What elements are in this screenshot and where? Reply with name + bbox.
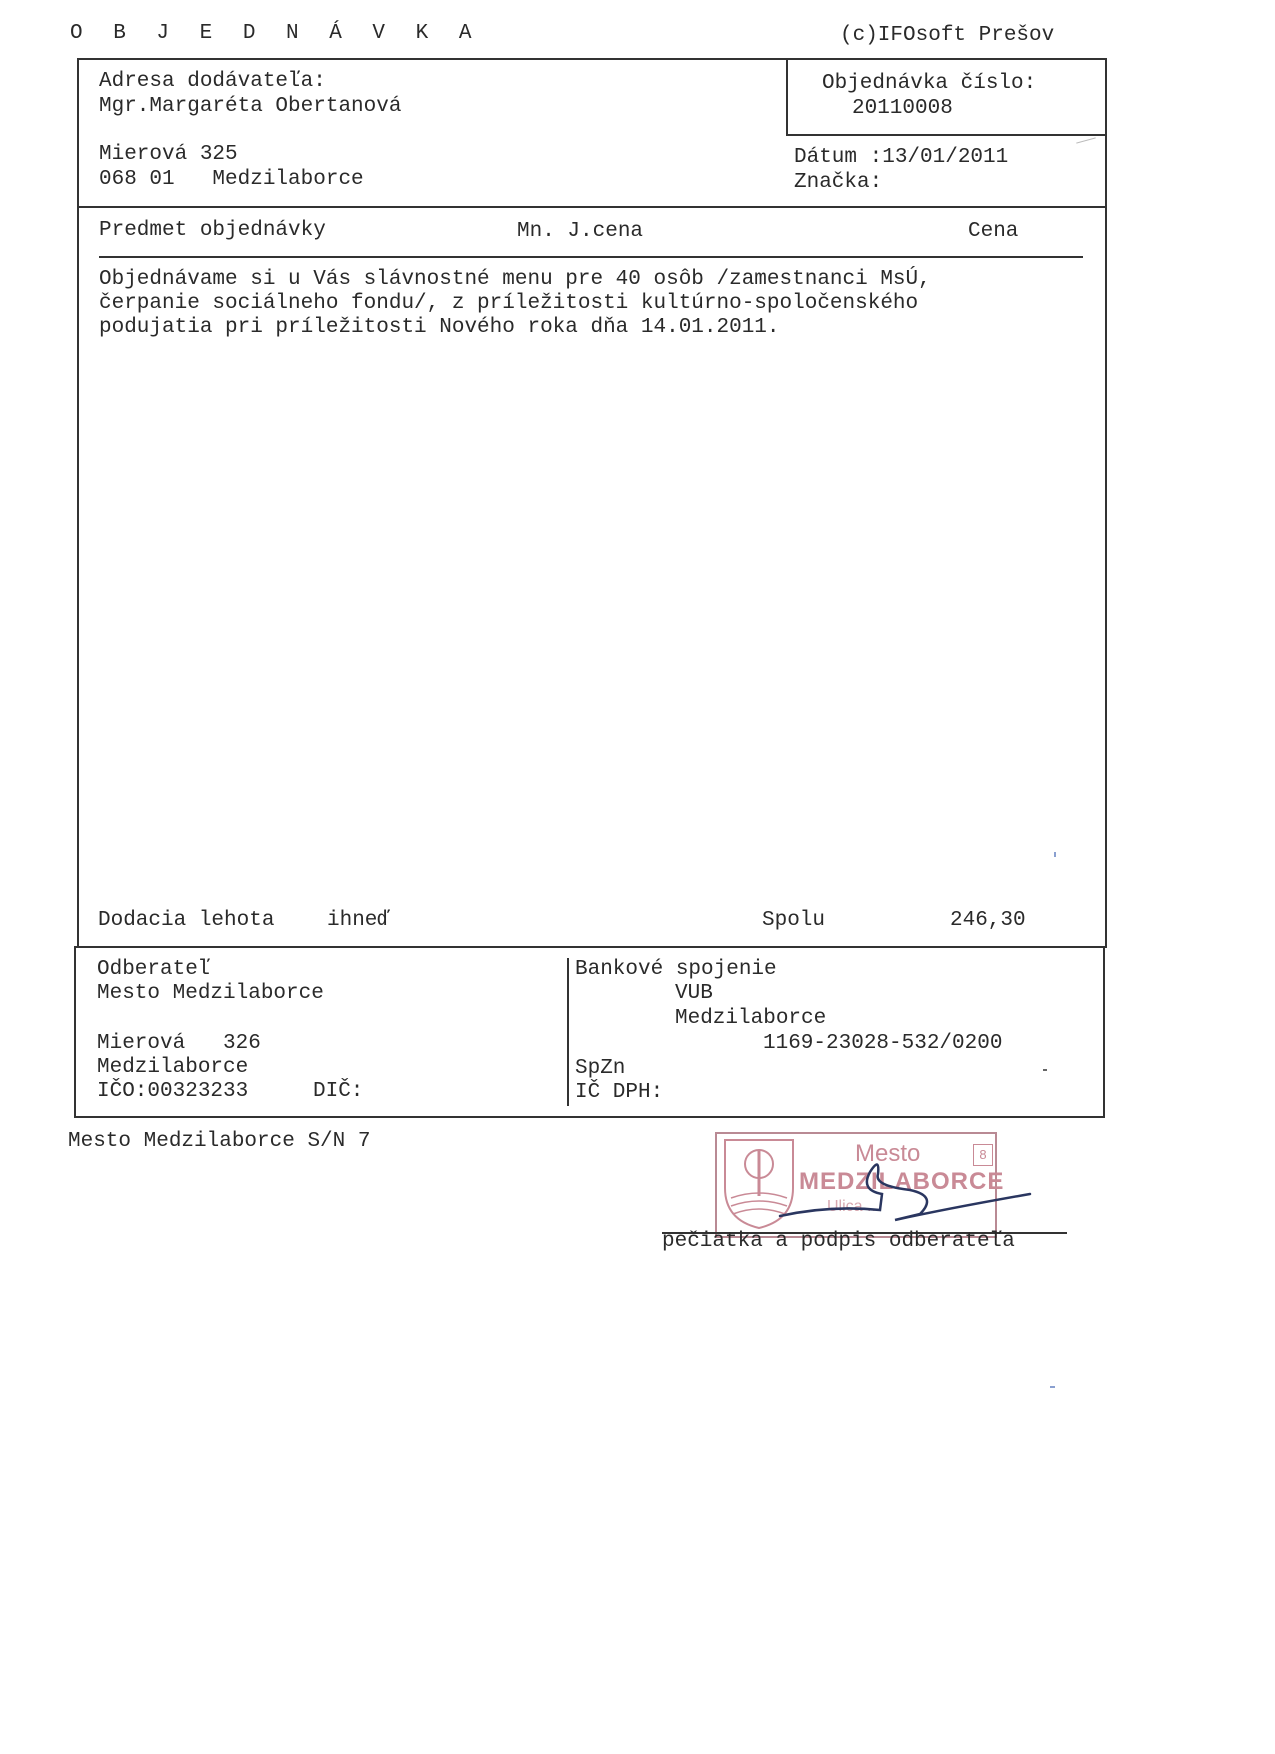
- supplier-postal-city: 068 01 Medzilaborce: [99, 168, 364, 192]
- item-description-line-3: podujatia pri príležitosti Nového roka d…: [99, 316, 780, 340]
- order-number-divider: [786, 58, 788, 136]
- spzn-label: SpZn: [575, 1057, 625, 1081]
- customer-ico: IČO:00323233: [97, 1080, 248, 1104]
- customer-bank-divider: [567, 958, 569, 1106]
- total-label: Spolu: [762, 909, 825, 933]
- document-title: O B J E D N Á V K A: [70, 22, 480, 46]
- column-header-qty-unit-price: Mn. J.cena: [517, 220, 643, 244]
- scan-artifact: [1043, 1069, 1047, 1071]
- delivery-term-value: ihneď: [327, 909, 390, 933]
- signature-scribble-icon: [770, 1150, 1090, 1240]
- order-number-box-bottom: [786, 134, 1106, 136]
- customer-name: Mesto Medzilaborce: [97, 982, 324, 1006]
- bank-name: VUB: [675, 982, 713, 1006]
- bank-account: 1169-23028-532/0200: [763, 1032, 1002, 1056]
- signature-label: pečiatka a podpis odberateľa: [662, 1230, 1015, 1254]
- order-number: 20110008: [852, 97, 953, 121]
- bank-branch: Medzilaborce: [675, 1007, 826, 1031]
- delivery-term-label: Dodacia lehota: [98, 909, 274, 933]
- order-number-label: Objednávka číslo:: [822, 72, 1036, 96]
- customer-dic: DIČ:: [313, 1080, 363, 1104]
- supplier-label: Adresa dodávateľa:: [99, 70, 326, 94]
- order-date: Dátum :13/01/2011: [794, 146, 1008, 170]
- software-copyright: (c)IFOsoft Prešov: [840, 24, 1054, 48]
- customer-street: Mierová 326: [97, 1032, 261, 1056]
- item-description-line-1: Objednávame si u Vás slávnostné menu pre…: [99, 268, 931, 292]
- bank-label: Bankové spojenie: [575, 958, 777, 982]
- supplier-name: Mgr.Margaréta Obertanová: [99, 95, 401, 119]
- customer-city: Medzilaborce: [97, 1056, 248, 1080]
- column-header-underline: [99, 256, 1083, 258]
- order-mark-label: Značka:: [794, 171, 882, 195]
- ic-dph-label: IČ DPH:: [575, 1081, 663, 1105]
- supplier-street: Mierová 325: [99, 143, 238, 167]
- column-header-subject: Predmet objednávky: [99, 219, 326, 243]
- total-value: 246,30: [950, 909, 1026, 933]
- scan-artifact: [1054, 852, 1056, 857]
- scan-artifact: [1050, 1386, 1055, 1388]
- item-description-line-2: čerpanie sociálneho fondu/, z príležitos…: [99, 292, 918, 316]
- customer-label: Odberateľ: [97, 958, 210, 982]
- issuer-line: Mesto Medzilaborce S/N 7: [68, 1130, 370, 1154]
- column-header-price: Cena: [968, 220, 1018, 244]
